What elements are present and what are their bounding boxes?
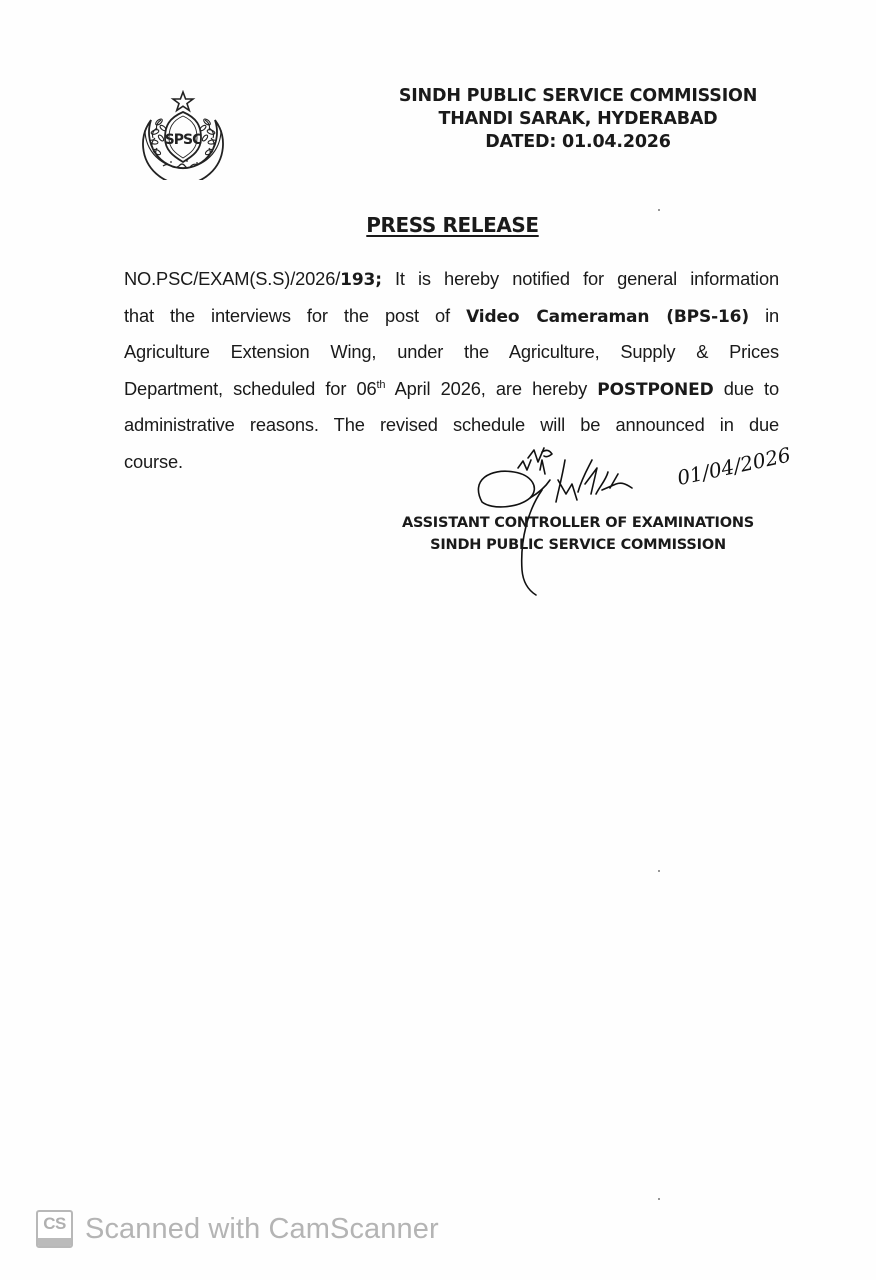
body-text-segment: course. (124, 451, 183, 472)
body-text-segment: Department, scheduled for 06 (124, 378, 377, 399)
scanned-page: SPSC (0, 0, 876, 1280)
body-line: administrative reasons. The revised sche… (124, 407, 779, 444)
title-text: PRESS RELEASE (366, 213, 538, 237)
body-line: Department, scheduled for 06th April 202… (124, 371, 779, 408)
signatory-block: ASSISTANT CONTROLLER OF EXAMINATIONS SIN… (380, 512, 776, 556)
body-line: Agriculture Extension Wing, under the Ag… (124, 334, 779, 371)
emphasized-text: 193; (340, 270, 382, 290)
organization-address: THANDI SARAK, HYDERABAD (370, 108, 786, 131)
camscanner-icon: CS (36, 1210, 73, 1248)
watermark-text: Scanned with CamScanner (85, 1213, 439, 1246)
body-text-segment: NO.PSC/EXAM(S.S)/2026/ (124, 268, 340, 289)
document-date: DATED: 01.04.2026 (370, 131, 786, 154)
press-release-title: PRESS RELEASE (0, 213, 876, 237)
organization-name: SINDH PUBLIC SERVICE COMMISSION (370, 85, 786, 108)
body-text-segment: April 2026, are hereby (385, 378, 597, 399)
camscanner-watermark: CS Scanned with CamScanner (36, 1209, 439, 1249)
body-text-segment: It is hereby notified for general inform… (382, 268, 779, 289)
body-text-segment: Agriculture Extension Wing, under the Ag… (124, 341, 779, 362)
emphasized-text: Video Cameraman (BPS-16) (466, 307, 749, 327)
signatory-organization: SINDH PUBLIC SERVICE COMMISSION (380, 534, 776, 556)
svg-text:SPSC: SPSC (165, 132, 202, 148)
body-line: NO.PSC/EXAM(S.S)/2026/193; It is hereby … (124, 261, 779, 298)
scan-speck (658, 209, 660, 211)
scan-speck (658, 870, 660, 872)
body-text-segment: in (749, 305, 779, 326)
emphasized-text: POSTPONED (597, 380, 713, 400)
body-text-segment: that the interviews for the post of (124, 305, 466, 326)
body-line: that the interviews for the post of Vide… (124, 298, 779, 335)
scan-speck (658, 1198, 660, 1200)
press-release-body: NO.PSC/EXAM(S.S)/2026/193; It is hereby … (124, 261, 779, 481)
letterhead: SINDH PUBLIC SERVICE COMMISSION THANDI S… (370, 85, 786, 154)
signatory-designation: ASSISTANT CONTROLLER OF EXAMINATIONS (380, 512, 776, 534)
spsc-logo-icon: SPSC (137, 90, 229, 180)
body-text-segment: administrative reasons. The revised sche… (124, 414, 779, 435)
body-text-segment: due to (714, 378, 779, 399)
